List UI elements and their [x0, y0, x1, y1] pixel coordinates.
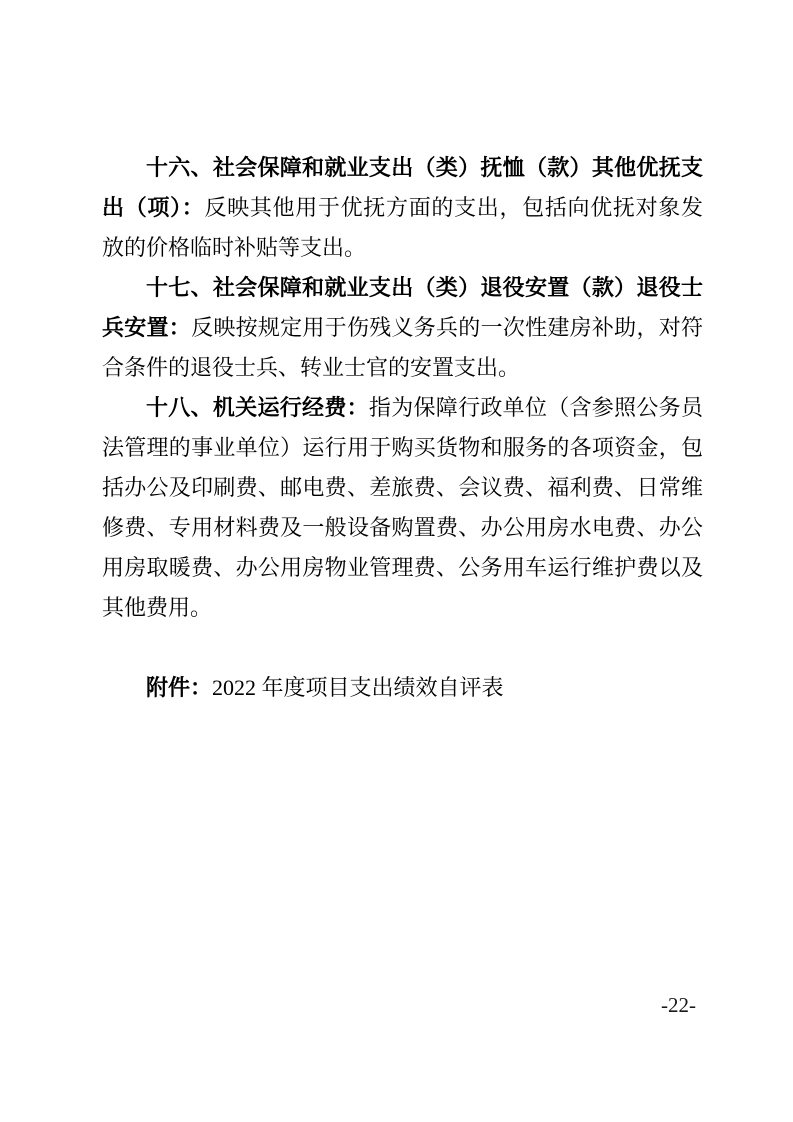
paragraph-item-18: 十八、机关运行经费：指为保障行政单位（含参照公务员法管理的事业单位）运行用于购买…	[102, 388, 703, 628]
attachment-text: 2022 年度项目支出绩效自评表	[212, 675, 504, 700]
paragraph-18-body: 指为保障行政单位（含参照公务员法管理的事业单位）运行用于购买货物和服务的各项资金…	[102, 395, 703, 620]
attachment-label: 附件：	[146, 675, 212, 700]
document-page: 十六、社会保障和就业支出（类）抚恤（款）其他优抚支出（项）：反映其他用于优抚方面…	[0, 0, 793, 1122]
paragraph-17-body: 反映按规定用于伤残义务兵的一次性建房补助，对符合条件的退役士兵、转业士官的安置支…	[102, 315, 703, 380]
paragraph-item-17: 十七、社会保障和就业支出（类）退役安置（款）退役士兵安置：反映按规定用于伤残义务…	[102, 268, 703, 388]
page-number: -22-	[661, 993, 696, 1017]
attachment-line: 附件：2022 年度项目支出绩效自评表	[102, 668, 703, 708]
paragraph-item-16: 十六、社会保障和就业支出（类）抚恤（款）其他优抚支出（项）：反映其他用于优抚方面…	[102, 148, 703, 268]
document-content: 十六、社会保障和就业支出（类）抚恤（款）其他优抚支出（项）：反映其他用于优抚方面…	[102, 148, 703, 708]
paragraph-18-heading: 十八、机关运行经费：	[146, 395, 369, 420]
